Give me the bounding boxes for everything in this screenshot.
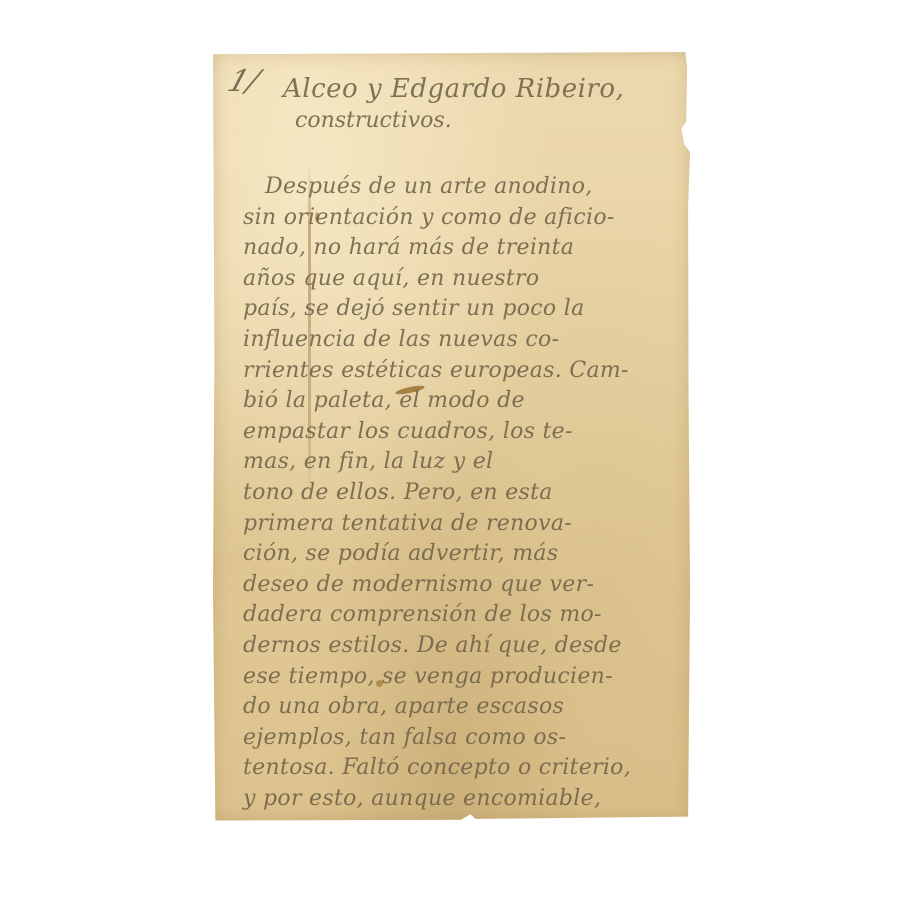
manuscript-line: rrientes estéticas europeas. Cam-: [243, 358, 683, 383]
manuscript-line: ese tiempo, se venga producien-: [243, 664, 683, 689]
manuscript-line: nado, no hará más de treinta: [243, 235, 683, 260]
manuscript-line: años que aquí, en nuestro: [243, 266, 683, 291]
manuscript-line: y por esto, aunque encomiable,: [243, 786, 683, 811]
manuscript-line: dernos estilos. De ahí que, desde: [243, 633, 683, 658]
manuscript-line: ejemplos, tan falsa como os-: [243, 725, 683, 750]
manuscript-line: tono de ellos. Pero, en esta: [243, 480, 683, 505]
manuscript-page: 1/ Alceo y Edgardo Ribeiro, constructivo…: [213, 52, 690, 822]
heading-subtitle: constructivos.: [295, 108, 452, 133]
manuscript-line: ción, se podía advertir, más: [243, 541, 683, 566]
manuscript-line: país, se dejó sentir un poco la: [243, 296, 683, 321]
manuscript-line: mas, en fin, la luz y el: [243, 449, 683, 474]
manuscript-line: deseo de modernismo que ver-: [243, 572, 683, 597]
folio-number: 1/: [223, 64, 264, 99]
manuscript-line: influencia de las nuevas co-: [243, 327, 683, 352]
manuscript-line: sin orientación y como de aficio-: [243, 205, 683, 230]
manuscript-line: dadera comprensión de los mo-: [243, 602, 683, 627]
manuscript-line: do una obra, aparte escasos: [243, 694, 683, 719]
manuscript-line: tentosa. Faltó concepto o criterio,: [243, 755, 683, 780]
handwritten-text: 1/ Alceo y Edgardo Ribeiro, constructivo…: [213, 52, 690, 822]
manuscript-line: primera tentativa de renova-: [243, 511, 683, 536]
heading-title: Alceo y Edgardo Ribeiro,: [283, 74, 624, 104]
manuscript-line: empastar los cuadros, los te-: [243, 419, 683, 444]
manuscript-line: Después de un arte anodino,: [265, 174, 705, 199]
manuscript-line: bió la paleta, el modo de: [243, 388, 683, 413]
